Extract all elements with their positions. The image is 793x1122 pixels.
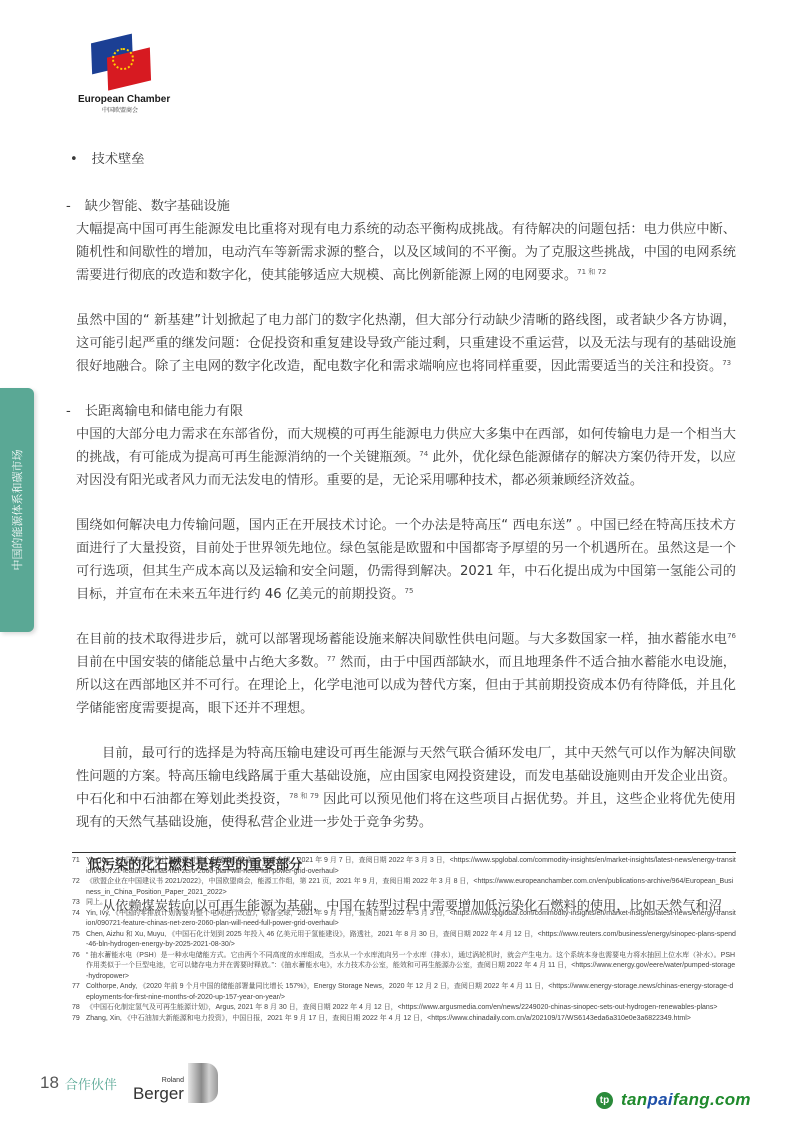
roland-berger-b-icon — [188, 1063, 218, 1103]
chapter-side-tab-label: 中国的能源体系和碳市场 — [9, 450, 25, 571]
footnotes: 71Yin, Ivy, 《中国的零排放计划需要对整个电网进行改造》，标普全球，2… — [72, 856, 736, 1024]
main-content: • 技术壁垒 - 缺少智能、数字基础设施 大幅提高中国可再生能源发电比重将对现有… — [76, 148, 736, 918]
footnote-75: 75Chen, Aizhu 和 Xu, Muyu, 《中国石化计划到 2025 … — [72, 930, 736, 951]
subheading-text: 缺少智能、数字基础设施 — [85, 195, 230, 218]
paragraph: 虽然中国的“ 新基建”计划掀起了电力部门的数字化热潮，但大部分行动缺少清晰的路线… — [76, 309, 736, 378]
subheading-text: 长距离输电和储电能力有限 — [85, 400, 243, 423]
footnote-79: 79Zhang, Xin, 《中石油加大新能源和电力投资》，中国日报，2021 … — [72, 1014, 736, 1025]
footnote-77: 77Colthorpe, Andy, 《2020 年前 9 个月中国的储能部署量… — [72, 982, 736, 1003]
dash-icon: - — [66, 400, 71, 423]
footnote-ref[interactable]: 74 — [419, 450, 428, 458]
roland-berger-logo: Roland Berger — [133, 1063, 218, 1103]
footnote-ref[interactable]: 76 — [727, 632, 736, 640]
european-chamber-emblem-icon — [90, 36, 160, 92]
footnote-ref[interactable]: 75 — [404, 587, 413, 595]
logo-subtitle: 中国欧盟商会 — [102, 105, 172, 114]
tanpaifang-watermark: tp tanpaifang.com — [596, 1090, 751, 1110]
footnote-ref[interactable]: 78 和 79 — [289, 792, 319, 800]
footnote-divider — [72, 852, 736, 853]
tanpaifang-logo-icon: tp — [596, 1092, 613, 1109]
page-number: 18 — [40, 1073, 59, 1093]
bullet-heading: • 技术壁垒 — [70, 148, 736, 171]
paragraph: 目前，最可行的选择是为特高压输电建设可再生能源与天然气联合循环发电厂，其中天然气… — [76, 742, 736, 834]
brand-large-text: Berger — [133, 1085, 184, 1103]
bullet-heading-text: 技术壁垒 — [92, 148, 145, 171]
paragraph: 围绕如何解决电力传输问题，国内正在开展技术讨论。一个办法是特高压“ 西电东送” … — [76, 514, 736, 606]
paragraph: 在目前的技术取得进步后，就可以部署现场蓄能设施来解决间歇性供电问题。与大多数国家… — [76, 628, 736, 720]
footnote-74: 74Yin, Ivy, 《中国的零排放计划需要对整个电网进行改造》，标普全球，2… — [72, 909, 736, 930]
subheading-digital-infrastructure: - 缺少智能、数字基础设施 — [66, 195, 736, 218]
footnote-72: 72《欧盟企业在中国建议书 2021/2022》，中国欧盟商会，能源工作组，第 … — [72, 877, 736, 898]
subheading-transmission-storage: - 长距离输电和储电能力有限 — [66, 400, 736, 423]
logo-name: European Chamber — [78, 94, 172, 105]
page-footer: 18 合作伙伴 Roland Berger — [40, 1058, 218, 1108]
partner-label: 合作伙伴 — [65, 1074, 117, 1093]
footnote-76: 76“ 抽水蓄能水电（PSH）是一种水电储能方式。它由两个不同高度的水库组成，当… — [72, 951, 736, 983]
footnote-71: 71Yin, Ivy, 《中国的零排放计划需要对整个电网进行改造》，标普全球，2… — [72, 856, 736, 877]
watermark-text: tanpaifang.com — [621, 1090, 751, 1110]
dash-icon: - — [66, 195, 71, 218]
chapter-side-tab: 中国的能源体系和碳市场 — [0, 388, 34, 632]
footnote-ref[interactable]: 77 — [327, 655, 336, 663]
footnote-ref[interactable]: 73 — [722, 359, 731, 367]
footnote-ref[interactable]: 71 和 72 — [577, 268, 606, 276]
footnote-73: 73同上。 — [72, 898, 736, 909]
footnote-78: 78《中国石化制定氢气及可再生能源计划》，Argus, 2021 年 8 月 3… — [72, 1003, 736, 1014]
european-chamber-logo: European Chamber 中国欧盟商会 — [72, 36, 172, 114]
paragraph: 大幅提高中国可再生能源发电比重将对现有电力系统的动态平衡构成挑战。有待解决的问题… — [76, 218, 736, 287]
bullet-icon: • — [70, 148, 78, 171]
paragraph: 中国的大部分电力需求在东部省份，而大规模的可再生能源电力供应大多集中在西部，如何… — [76, 423, 736, 492]
